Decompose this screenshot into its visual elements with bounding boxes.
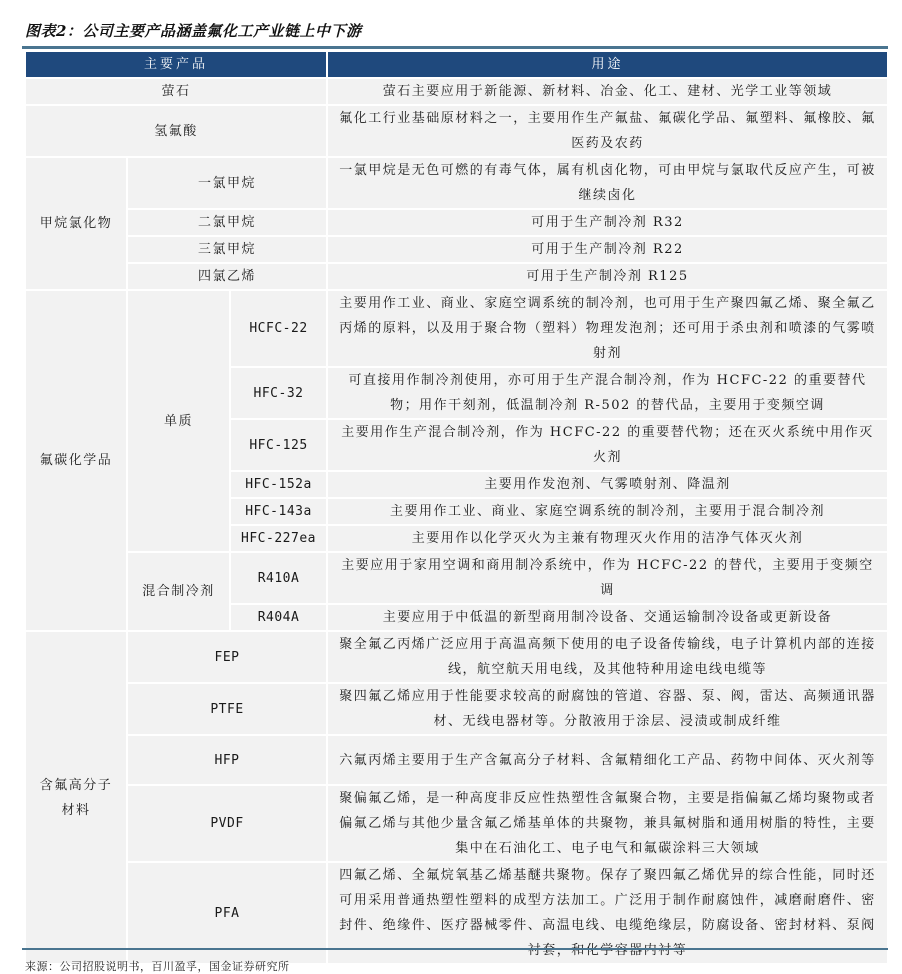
product-cell: R410A — [230, 552, 327, 604]
table-row: PVDF 聚偏氟乙烯，是一种高度非反应性热塑性含氟聚合物，主要是指偏氟乙烯均聚物… — [25, 785, 888, 862]
product-table: 主要产品 用途 萤石 萤石主要应用于新能源、新材料、冶金、化工、建材、光学工业等… — [24, 50, 889, 965]
product-cell: HFC-227ea — [230, 525, 327, 552]
table-row: 氢氟酸 氟化工行业基础原材料之一，主要用作生产氟盐、氟碳化学品、氟塑料、氟橡胶、… — [25, 105, 888, 157]
use-cell: 主要用作发泡剂、气雾喷射剂、降温剂 — [327, 471, 888, 498]
table-header-row: 主要产品 用途 — [25, 51, 888, 78]
product-cell: FEP — [127, 631, 327, 683]
product-cell: HFC-32 — [230, 367, 327, 419]
subgroup-cell: 单质 — [127, 290, 230, 552]
use-cell: 可用于生产制冷剂 R32 — [327, 209, 888, 236]
use-cell: 氟化工行业基础原材料之一，主要用作生产氟盐、氟碳化学品、氟塑料、氟橡胶、氟医药及… — [327, 105, 888, 157]
table-row: 萤石 萤石主要应用于新能源、新材料、冶金、化工、建材、光学工业等领域 — [25, 78, 888, 105]
use-cell: 聚全氟乙丙烯广泛应用于高温高频下使用的电子设备传输线，电子计算机内部的连接线，航… — [327, 631, 888, 683]
group-cell: 甲烷氯化物 — [25, 157, 127, 290]
table-row: 甲烷氯化物 一氯甲烷 一氯甲烷是无色可燃的有毒气体，属有机卤化物，可由甲烷与氯取… — [25, 157, 888, 209]
product-cell: HFC-152a — [230, 471, 327, 498]
product-cell: HCFC-22 — [230, 290, 327, 367]
use-cell: 一氯甲烷是无色可燃的有毒气体，属有机卤化物，可由甲烷与氯取代反应产生，可被继续卤… — [327, 157, 888, 209]
table-row: 氟碳化学品 单质 HCFC-22 主要用作工业、商业、家庭空调系统的制冷剂，也可… — [25, 290, 888, 367]
product-cell: PVDF — [127, 785, 327, 862]
product-cell: 氢氟酸 — [25, 105, 327, 157]
header-product: 主要产品 — [25, 51, 327, 78]
use-cell: 主要用作工业、商业、家庭空调系统的制冷剂，主要用于混合制冷剂 — [327, 498, 888, 525]
subgroup-cell: 混合制冷剂 — [127, 552, 230, 631]
product-cell: HFC-143a — [230, 498, 327, 525]
use-cell: 可直接用作制冷剂使用，亦可用于生产混合制冷剂，作为 HCFC-22 的重要替代物… — [327, 367, 888, 419]
top-rule — [22, 46, 888, 49]
use-cell: 聚偏氟乙烯，是一种高度非反应性热塑性含氟聚合物，主要是指偏氟乙烯均聚物或者偏氟乙… — [327, 785, 888, 862]
product-cell: R404A — [230, 604, 327, 631]
header-use: 用途 — [327, 51, 888, 78]
product-cell: HFP — [127, 735, 327, 785]
product-cell: 萤石 — [25, 78, 327, 105]
table-row: 三氯甲烷 可用于生产制冷剂 R22 — [25, 236, 888, 263]
use-cell: 主要用作以化学灭火为主兼有物理灭火作用的洁净气体灭火剂 — [327, 525, 888, 552]
use-cell: 萤石主要应用于新能源、新材料、冶金、化工、建材、光学工业等领域 — [327, 78, 888, 105]
bottom-rule — [22, 948, 888, 950]
product-cell: 四氯乙烯 — [127, 263, 327, 290]
use-cell: 主要应用于中低温的新型商用制冷设备、交通运输制冷设备或更新设备 — [327, 604, 888, 631]
table-row: PTFE 聚四氟乙烯应用于性能要求较高的耐腐蚀的管道、容器、泵、阀，雷达、高频通… — [25, 683, 888, 735]
use-cell: 主要用作生产混合制冷剂，作为 HCFC-22 的重要替代物；还在灭火系统中用作灭… — [327, 419, 888, 471]
group-cell: 氟碳化学品 — [25, 290, 127, 631]
table-row: 含氟高分子材料 FEP 聚全氟乙丙烯广泛应用于高温高频下使用的电子设备传输线，电… — [25, 631, 888, 683]
table-row: 四氯乙烯 可用于生产制冷剂 R125 — [25, 263, 888, 290]
table-row: HFP 六氟丙烯主要用于生产含氟高分子材料、含氟精细化工产品、药物中间体、灭火剂… — [25, 735, 888, 785]
use-cell: 主要应用于家用空调和商用制冷系统中，作为 HCFC-22 的替代，主要用于变频空… — [327, 552, 888, 604]
table-row: 混合制冷剂 R410A 主要应用于家用空调和商用制冷系统中，作为 HCFC-22… — [25, 552, 888, 604]
use-cell: 可用于生产制冷剂 R125 — [327, 263, 888, 290]
group-cell: 含氟高分子材料 — [25, 631, 127, 964]
use-cell: 六氟丙烯主要用于生产含氟高分子材料、含氟精细化工产品、药物中间体、灭火剂等 — [327, 735, 888, 785]
product-cell: PTFE — [127, 683, 327, 735]
table-row: 二氯甲烷 可用于生产制冷剂 R32 — [25, 209, 888, 236]
product-cell: 二氯甲烷 — [127, 209, 327, 236]
use-cell: 可用于生产制冷剂 R22 — [327, 236, 888, 263]
figure-title: 图表2：公司主要产品涵盖氟化工产业链上中下游 — [25, 20, 361, 41]
use-cell: 聚四氟乙烯应用于性能要求较高的耐腐蚀的管道、容器、泵、阀，雷达、高频通讯器材、无… — [327, 683, 888, 735]
product-cell: 一氯甲烷 — [127, 157, 327, 209]
product-cell: HFC-125 — [230, 419, 327, 471]
use-cell: 主要用作工业、商业、家庭空调系统的制冷剂，也可用于生产聚四氟乙烯、聚全氟乙丙烯的… — [327, 290, 888, 367]
source-note: 来源：公司招股说明书，百川盈孚，国金证券研究所 — [25, 958, 290, 974]
product-cell: 三氯甲烷 — [127, 236, 327, 263]
